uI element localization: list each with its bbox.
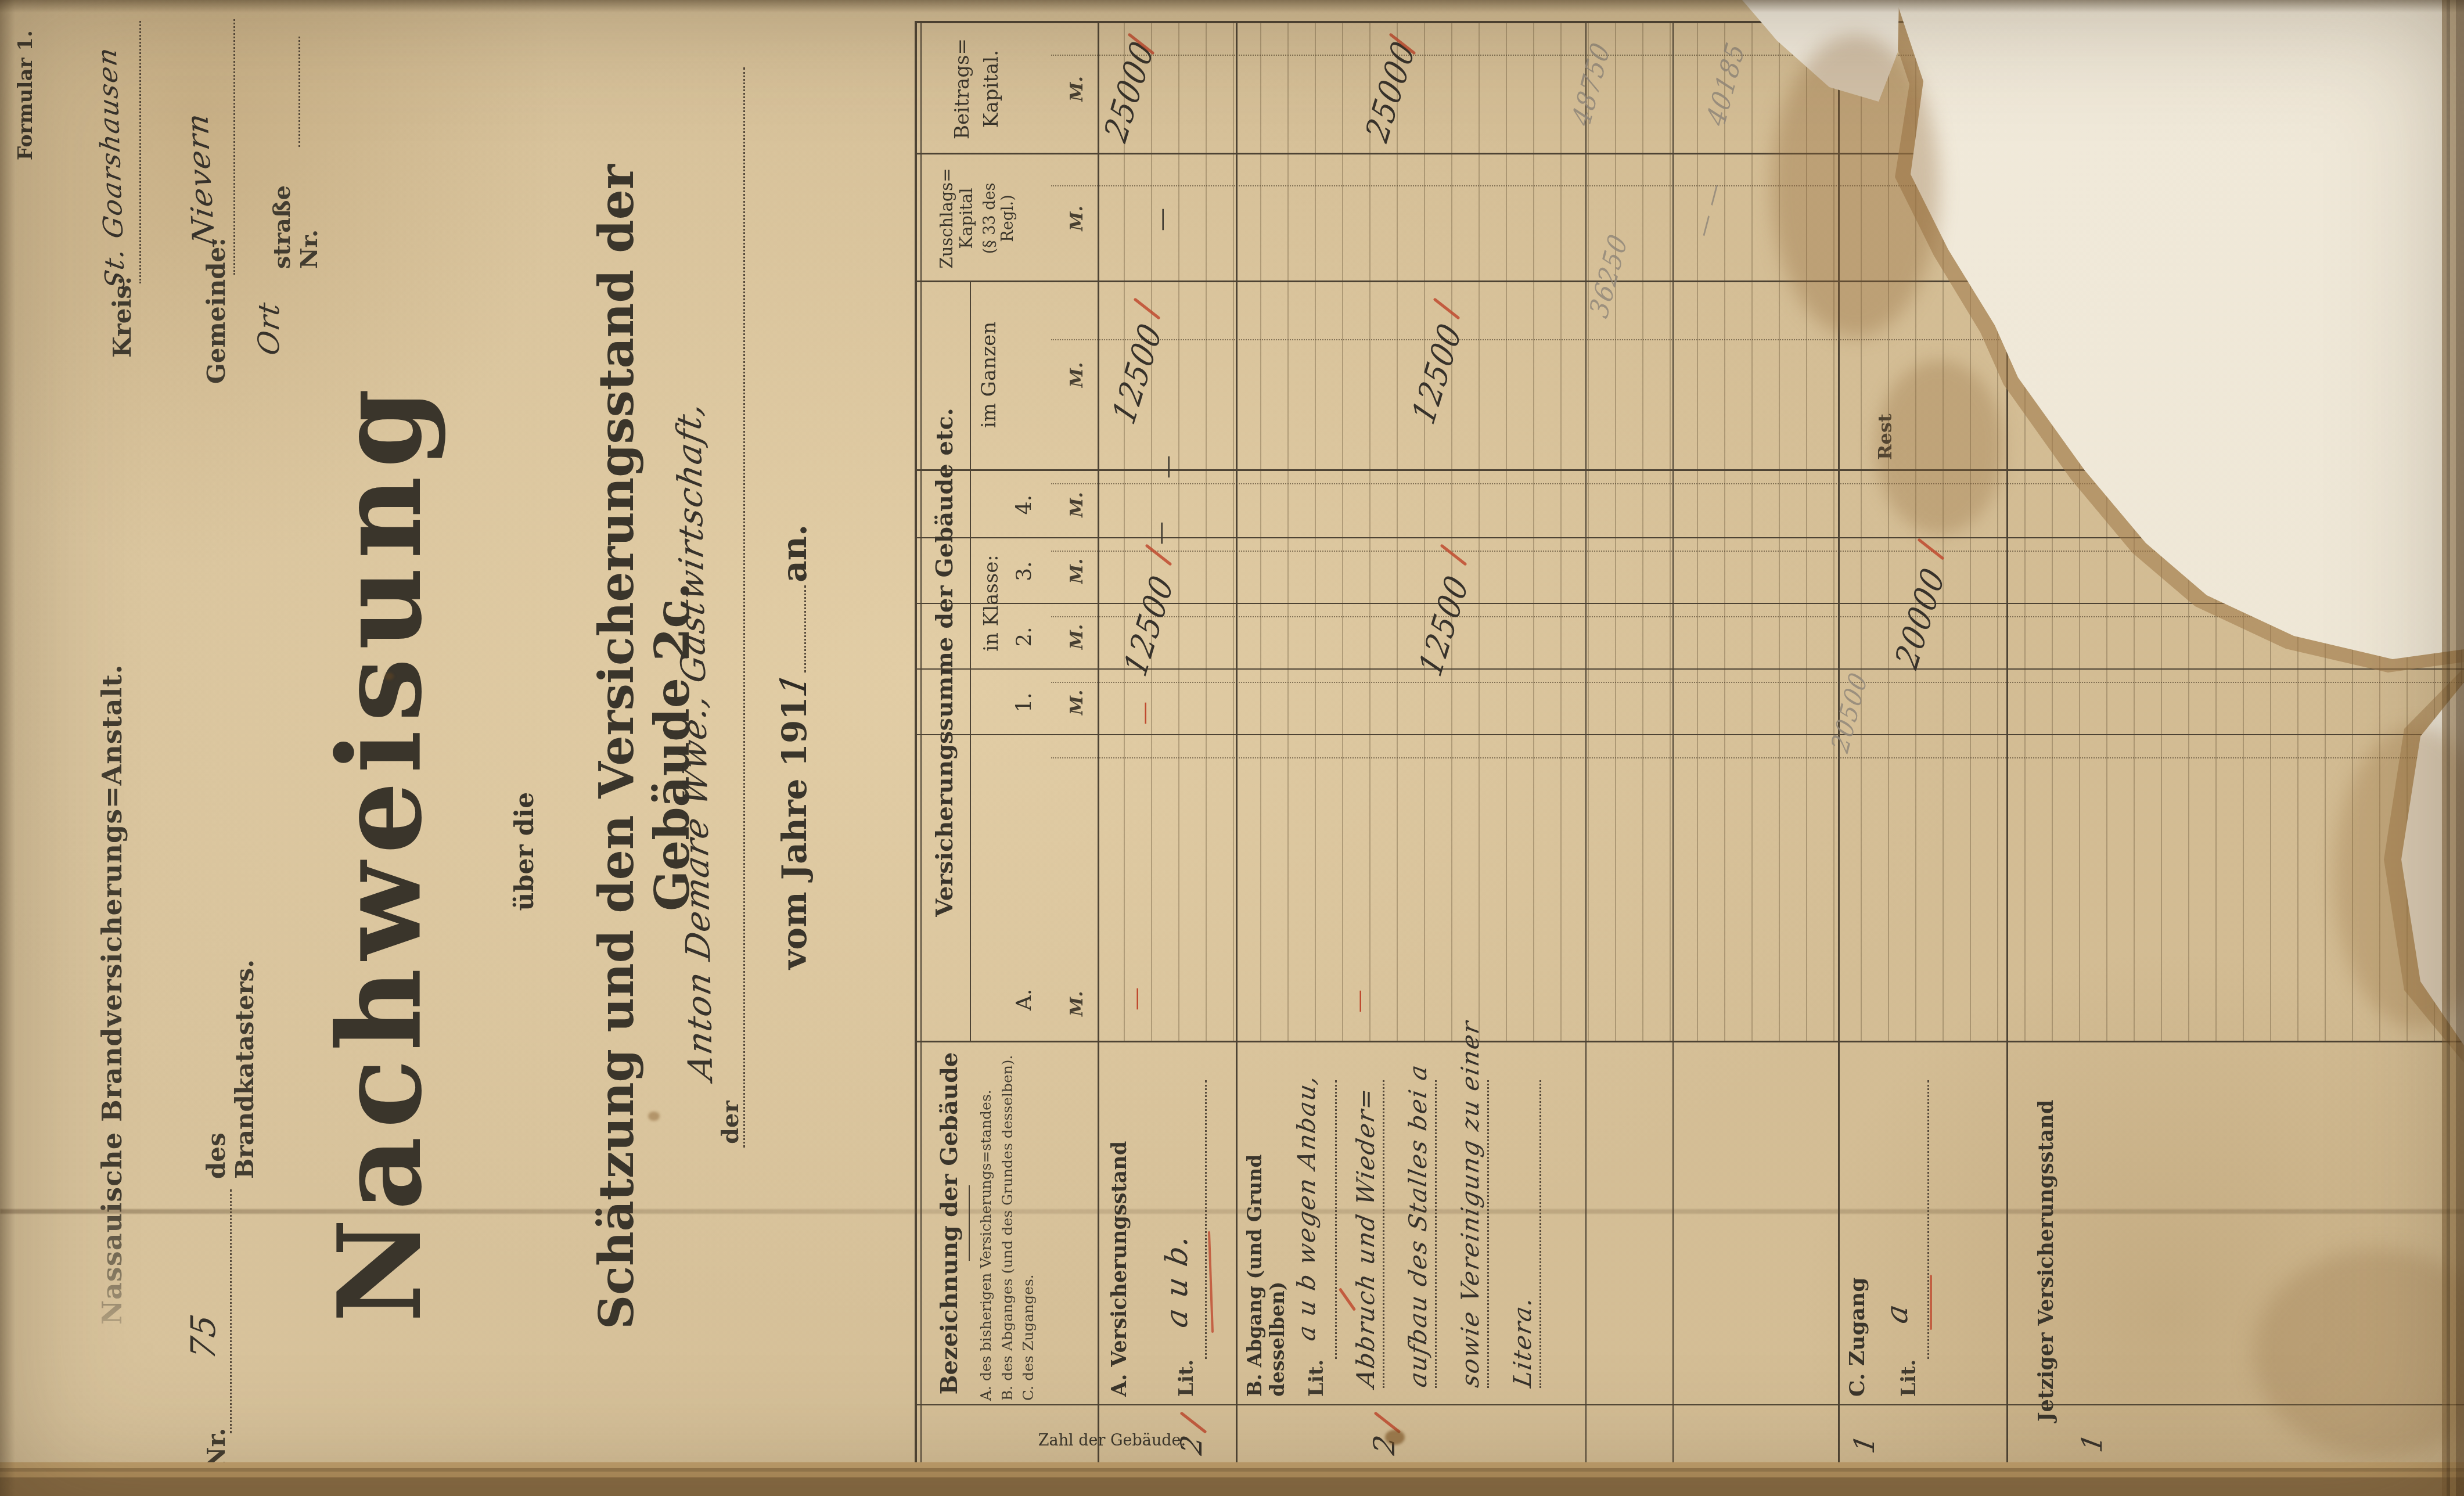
guide-dotted-a: [1051, 757, 2464, 758]
class-label-1: 1.: [1012, 670, 1036, 735]
year-blank-rule: [804, 585, 806, 673]
unit-1: M.: [1067, 670, 1087, 735]
col-border-zahl: [915, 1404, 2464, 1405]
foxing-spot-3: [384, 673, 394, 680]
row-a-value-class-1: —: [1131, 702, 1157, 725]
beitrag-header: Beitrags= Kapital.: [951, 23, 1003, 154]
im-ganzen-label: im Ganzen: [977, 282, 1001, 468]
row-c-label: C. Zugang: [1845, 1278, 1869, 1397]
zuschlag-line2: Kapital: [956, 154, 976, 282]
unit-2: M.: [1067, 604, 1087, 670]
row-b-bottom-border: [1585, 21, 1587, 1475]
strasse-handwritten: Ort: [252, 299, 286, 358]
row-a-zahl-red-tick: [1179, 1411, 1207, 1433]
guide-dotted-1: [1051, 682, 2464, 683]
zuschlag-line3: (§ 33 des: [981, 154, 999, 282]
class-label-a: A.: [1012, 989, 1036, 1010]
class-label-2: 2.: [1012, 604, 1036, 670]
row-jetziger-label: Jetziger Versicherungsstand: [2034, 1100, 2058, 1422]
bezeichnung-item-b: B. des Abganges (und des Grundes desselb…: [996, 1042, 1017, 1404]
row-c-zahl: 1: [1848, 1432, 1881, 1456]
row-b-lit-value: a u b wegen Anbau,: [1292, 1072, 1321, 1343]
beitrag-line2: Kapital.: [980, 23, 1003, 154]
rest-row-top-border: [1672, 21, 1674, 1475]
kataster-nr-value: 75: [184, 1310, 223, 1362]
row-c-lit-red-underline: [1930, 1275, 1932, 1330]
stain-left-of-tear: [1771, 35, 1940, 337]
row-c-lit-label: Lit.: [1897, 1360, 1920, 1397]
zuschlag-line1: Zuschlags=: [937, 154, 956, 282]
unit-imganzen: M.: [1067, 282, 1087, 468]
class-label-3: 3.: [1012, 538, 1036, 604]
beitrag-line1: Beitrags=: [951, 23, 974, 154]
year-handwritten: 1: [772, 668, 815, 700]
table-border-left: [915, 1473, 2464, 1475]
header-bottom-border: [1098, 21, 1099, 1475]
gemeinde-value: Nievern: [180, 110, 222, 248]
bezeichnung-title: Bezeichnung der Gebäude: [936, 1042, 963, 1404]
stain-mid-tear: [1876, 360, 2003, 534]
group-header: Versicherungssumme der Gebäude etc.: [931, 282, 958, 1042]
row-jetziger-zahl: 1: [2076, 1430, 2109, 1455]
bezeichnung-title-rule: [969, 1186, 970, 1261]
row-a-bottom-border: [1236, 21, 1238, 1475]
in-klasse-label: in Klasse:: [980, 471, 1003, 735]
unit-3: M.: [1067, 538, 1087, 604]
row-b-lit-label: Lit.: [1305, 1360, 1328, 1397]
year-line: vom Jahre 1911 an.: [772, 195, 815, 1299]
kataster-nr-label: Nr.: [202, 1428, 231, 1469]
row-a-lit-value: a u b.: [1160, 1231, 1195, 1330]
page-title: Nachweisung: [314, 242, 447, 1461]
zahl-column-header: Zahl der Gebäude.: [1038, 1432, 1186, 1450]
kataster-rule: [192, 1189, 232, 1433]
unit-beitrag: M.: [1067, 23, 1087, 154]
row-a-zahl: 2: [1175, 1432, 1208, 1457]
row-a-lit-label: Lit.: [1175, 1360, 1198, 1397]
row-b-value-class-a: —: [1346, 990, 1372, 1013]
foxing-spot-1: [1385, 1430, 1405, 1445]
kataster-suffix: des Brandkatasters.: [202, 959, 259, 1179]
unit-4: M.: [1067, 471, 1087, 538]
title-over-line: über die: [510, 242, 539, 1461]
group-header-divider: [970, 282, 971, 1042]
row-b-rule-2: [1398, 1080, 1437, 1388]
row-a-label: A. Versicherungsstand: [1107, 1141, 1131, 1397]
row-b-rule-3: [1450, 1080, 1489, 1388]
bezeichnung-item-c: C. des Zuganges.: [1017, 1042, 1038, 1404]
anstalt-line: Nassauische Brandversicherungs=Anstalt.: [96, 664, 128, 1325]
foxing-spot-2: [648, 1112, 660, 1121]
unit-zuschlag: M.: [1067, 154, 1087, 282]
year-prefix: vom Jahre 191: [775, 696, 814, 969]
class-label-4: 4.: [1012, 471, 1036, 538]
formular-label: Formular 1.: [14, 15, 37, 160]
col-border-a: [915, 734, 2464, 735]
strasse-rule: [249, 37, 300, 147]
row-a-value-class-4: —: [1154, 455, 1181, 479]
row-b-label: B. Abgang (und Grund desselben): [1243, 1048, 1289, 1397]
row-b-rule-1: [1346, 1080, 1384, 1388]
zuschlag-line4: Regl.): [999, 154, 1017, 282]
row-a-value-class-3: —: [1147, 522, 1174, 545]
bezeichnung-item-a: A. des bisherigen Versicherungs=standes.: [977, 1042, 996, 1404]
row-a-value-zuschlag: —: [1148, 208, 1175, 231]
unit-a: M.: [1067, 991, 1087, 1016]
row-b-rule-4: [1502, 1080, 1541, 1388]
zuschlag-header: Zuschlags= Kapital (§ 33 des Regl.): [937, 154, 1017, 282]
bezeichnung-header: Bezeichnung der Gebäude A. des bisherige…: [915, 1042, 1038, 1404]
scanned-form-page: Formular 1. Nassauische Brandversicherun…: [0, 0, 2464, 1496]
row-a-value-class-a: —: [1123, 987, 1149, 1010]
col-border-bezeichnung: [915, 1041, 2464, 1042]
row-a-lit-red-underline: [1208, 1231, 1214, 1333]
year-suffix: an.: [775, 524, 814, 582]
